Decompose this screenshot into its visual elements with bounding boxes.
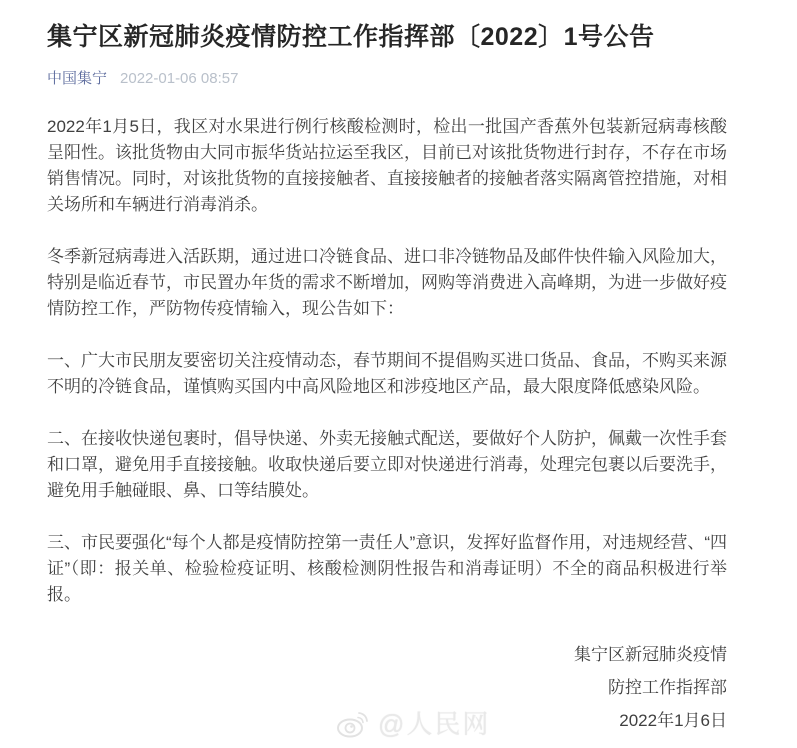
publish-timestamp: 2022-01-06 08:57 <box>120 70 238 87</box>
article-paragraph: 一、广大市民朋友要密切关注疫情动态，春节期间不提倡购买进口货品、食品，不购买来源… <box>47 348 727 400</box>
source-link[interactable]: 中国集宁 <box>47 67 107 88</box>
article-title: 集宁区新冠肺炎疫情防控工作指挥部〔2022〕1号公告 <box>47 20 750 54</box>
article-paragraph: 2022年1月5日，我区对水果进行例行核酸检测时，检出一批国产香蕉外包装新冠病毒… <box>47 114 727 218</box>
weibo-icon <box>336 707 372 739</box>
article-paragraph: 二、在接收快递包裹时，倡导快递、外卖无接触式配送，要做好个人防护，佩戴一次性手套… <box>47 426 727 504</box>
article-body: 2022年1月5日，我区对水果进行例行核酸检测时，检出一批国产香蕉外包装新冠病毒… <box>47 114 727 608</box>
weibo-watermark: @人民网 <box>336 704 490 741</box>
article-paragraph: 三、市民要强化“每个人都是疫情防控第一责任人”意识，发挥好监督作用，对违规经营、… <box>47 530 727 608</box>
signature-org-line2: 防控工作指挥部 <box>47 671 727 704</box>
article-page: 集宁区新冠肺炎疫情防控工作指挥部〔2022〕1号公告 中国集宁 2022-01-… <box>0 0 797 737</box>
watermark-handle: @人民网 <box>378 704 490 741</box>
article-paragraph: 冬季新冠病毒进入活跃期，通过进口冷链食品、进口非冷链物品及邮件快件输入风险加大，… <box>47 244 727 322</box>
signature-org-line1: 集宁区新冠肺炎疫情 <box>47 638 727 671</box>
article-meta: 中国集宁 2022-01-06 08:57 <box>47 67 750 88</box>
